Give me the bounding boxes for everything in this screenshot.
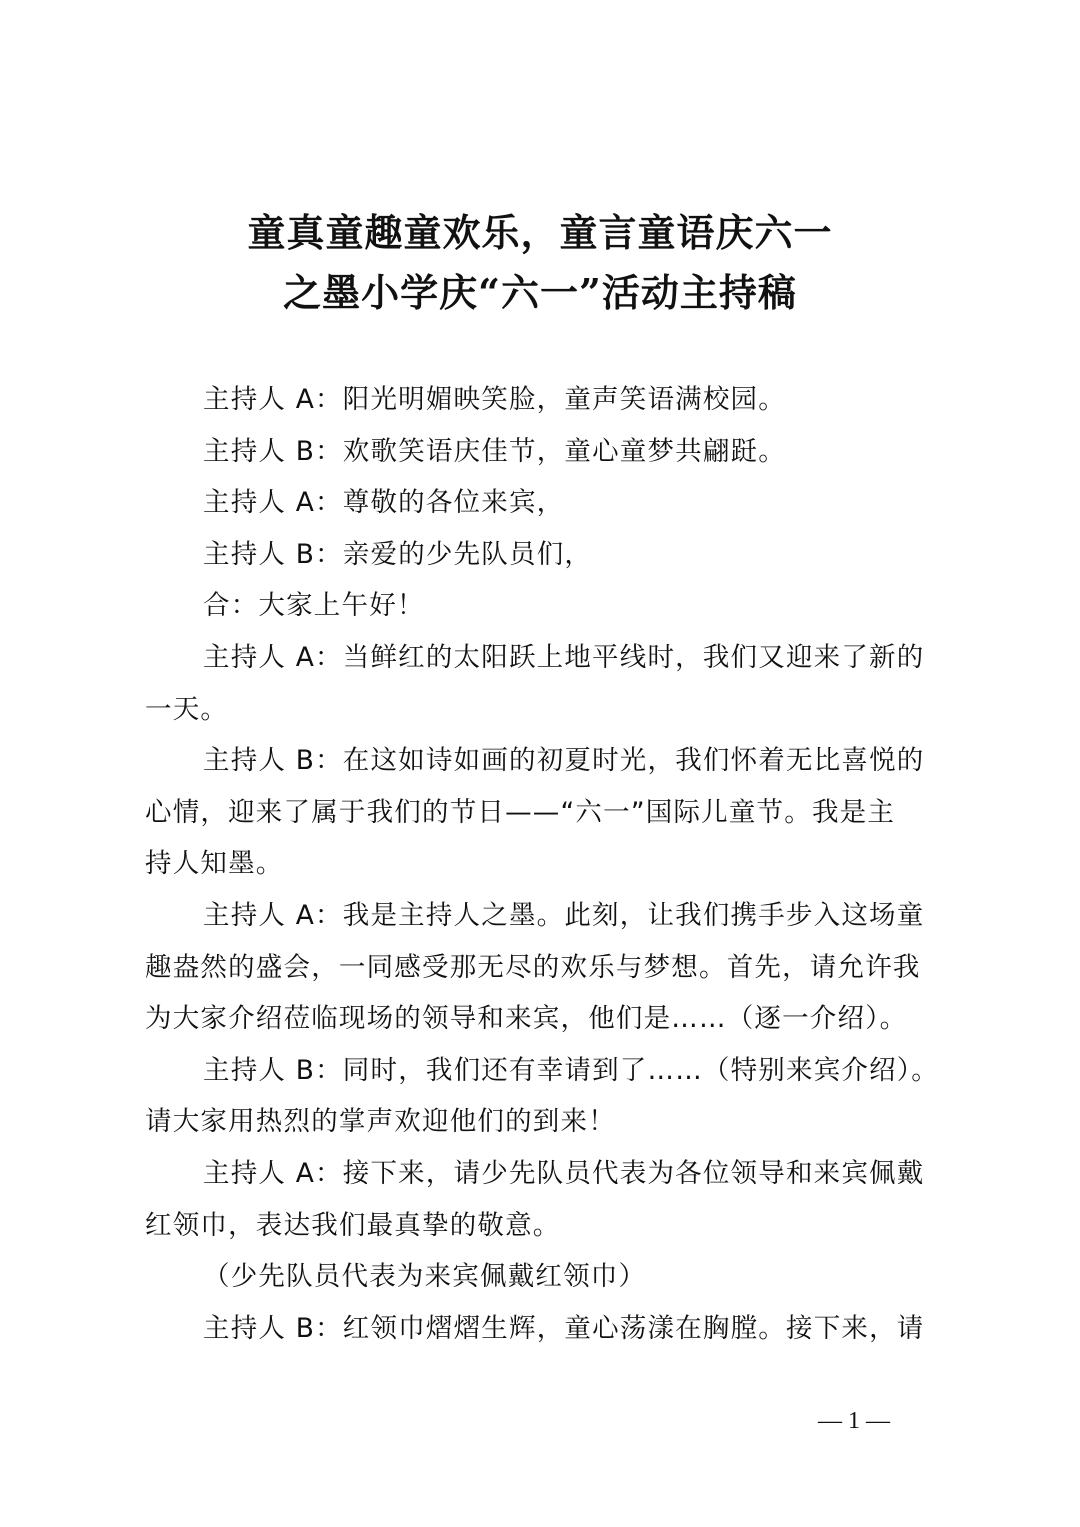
text-line: 合：大家上午好！ bbox=[145, 580, 945, 632]
text-line: （少先队员代表为来宾佩戴红领巾） bbox=[145, 1251, 945, 1303]
text-line: 为大家介绍莅临现场的领导和来宾，他们是……（逐一介绍）。 bbox=[145, 993, 945, 1045]
text-line: 主持人 A：尊敬的各位来宾， bbox=[145, 477, 945, 529]
text-line: 主持人 B：同时，我们还有幸请到了……（特别来宾介绍）。 bbox=[145, 1045, 945, 1097]
text-line: 主持人 B：在这如诗如画的初夏时光，我们怀着无比喜悦的 bbox=[145, 735, 945, 787]
text-line: 主持人 A：接下来，请少先队员代表为各位领导和来宾佩戴 bbox=[145, 1148, 945, 1200]
text-line: 主持人 A：我是主持人之墨。此刻，让我们携手步入这场童 bbox=[145, 890, 945, 942]
text-line: 主持人 B：红领巾熠熠生辉，童心荡漾在胸膛。接下来，请 bbox=[145, 1303, 945, 1355]
document-title-line-2: 之墨小学庆“六一”活动主持稿 bbox=[0, 262, 1080, 317]
document-title-line-1: 童真童趣童欢乐，童言童语庆六一 bbox=[0, 202, 1080, 257]
text-line: 主持人 A：当鲜红的太阳跃上地平线时，我们又迎来了新的 bbox=[145, 632, 945, 684]
document-body: 主持人 A：阳光明媚映笑脸，童声笑语满校园。 主持人 B：欢歌笑语庆佳节，童心童… bbox=[145, 374, 945, 1354]
text-line: 心情，迎来了属于我们的节日——“六一”国际儿童节。我是主 bbox=[145, 787, 945, 839]
text-line: 请大家用热烈的掌声欢迎他们的到来！ bbox=[145, 1096, 945, 1148]
text-line: 主持人 B：亲爱的少先队员们， bbox=[145, 529, 945, 581]
text-line: 主持人 A：阳光明媚映笑脸，童声笑语满校园。 bbox=[145, 374, 945, 426]
text-line: 红领巾，表达我们最真挚的敬意。 bbox=[145, 1200, 945, 1252]
text-line: 持人知墨。 bbox=[145, 838, 945, 890]
text-line: 主持人 B：欢歌笑语庆佳节，童心童梦共翩跹。 bbox=[145, 426, 945, 478]
text-line: 一天。 bbox=[145, 684, 945, 736]
text-line: 趣盎然的盛会，一同感受那无尽的欢乐与梦想。首先，请允许我 bbox=[145, 942, 945, 994]
page-number: — 1 — bbox=[818, 1408, 890, 1435]
